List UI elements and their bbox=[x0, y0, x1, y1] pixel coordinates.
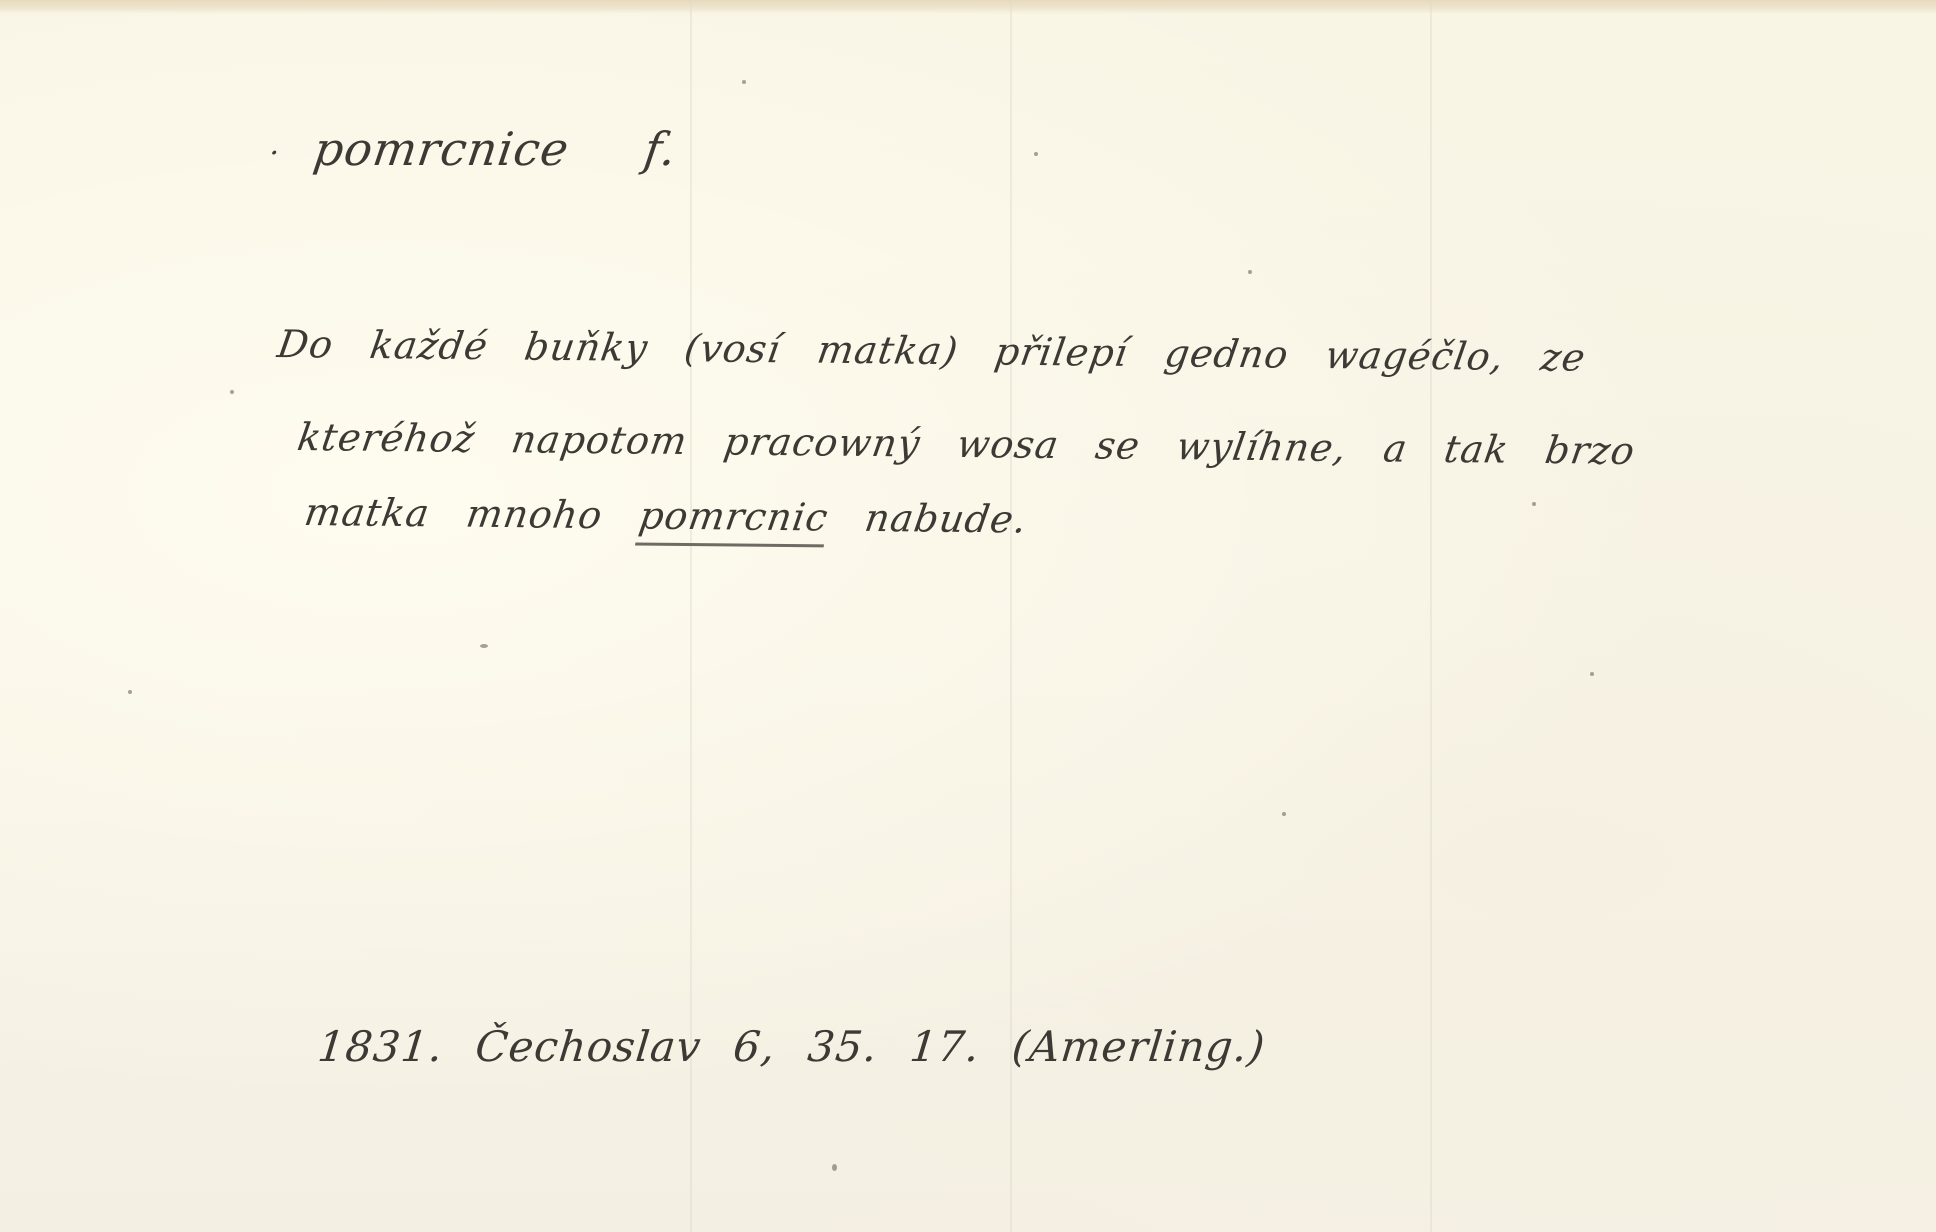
citation-text: Do každé buňky (vosí matka) přilepí gedn… bbox=[275, 322, 1589, 380]
citation-line-3: matka mnoho pomrcnic nabude. bbox=[302, 490, 1031, 541]
citation-line-1: Do každé buňky (vosí matka) přilepí gedn… bbox=[275, 322, 1589, 380]
paper-speck bbox=[832, 1164, 837, 1171]
citation-text: kteréhož napotom pracowný wosa se wylíhn… bbox=[295, 415, 1639, 473]
citation-text: nabude. bbox=[825, 496, 1031, 542]
paper-fold-line bbox=[1430, 0, 1432, 1232]
headword-entry: · pomrcnice f. bbox=[266, 122, 680, 176]
paper-speck bbox=[742, 80, 746, 84]
paper-speck bbox=[128, 690, 132, 694]
dictionary-index-card: · pomrcnice f. Do každé buňky (vosí matk… bbox=[0, 0, 1936, 1232]
grammatical-gender: f. bbox=[641, 122, 681, 176]
paper-speck bbox=[1590, 672, 1594, 676]
paper-speck bbox=[1248, 270, 1252, 274]
source-reference: 1831. Čechoslav 6, 35. 17. (Amerling.) bbox=[315, 1022, 1267, 1071]
headword: pomrcnice bbox=[310, 122, 572, 176]
bullet-mark: · bbox=[267, 136, 282, 171]
paper-speck bbox=[480, 644, 488, 648]
paper-speck bbox=[1532, 502, 1536, 506]
paper-speck bbox=[230, 390, 234, 394]
card-top-edge bbox=[0, 0, 1936, 14]
citation-line-2: kteréhož napotom pracowný wosa se wylíhn… bbox=[295, 415, 1639, 473]
citation-text: matka mnoho bbox=[302, 490, 643, 537]
paper-speck bbox=[1282, 812, 1286, 816]
paper-speck bbox=[1034, 152, 1038, 156]
underlined-headword-occurrence: pomrcnic bbox=[636, 494, 831, 540]
